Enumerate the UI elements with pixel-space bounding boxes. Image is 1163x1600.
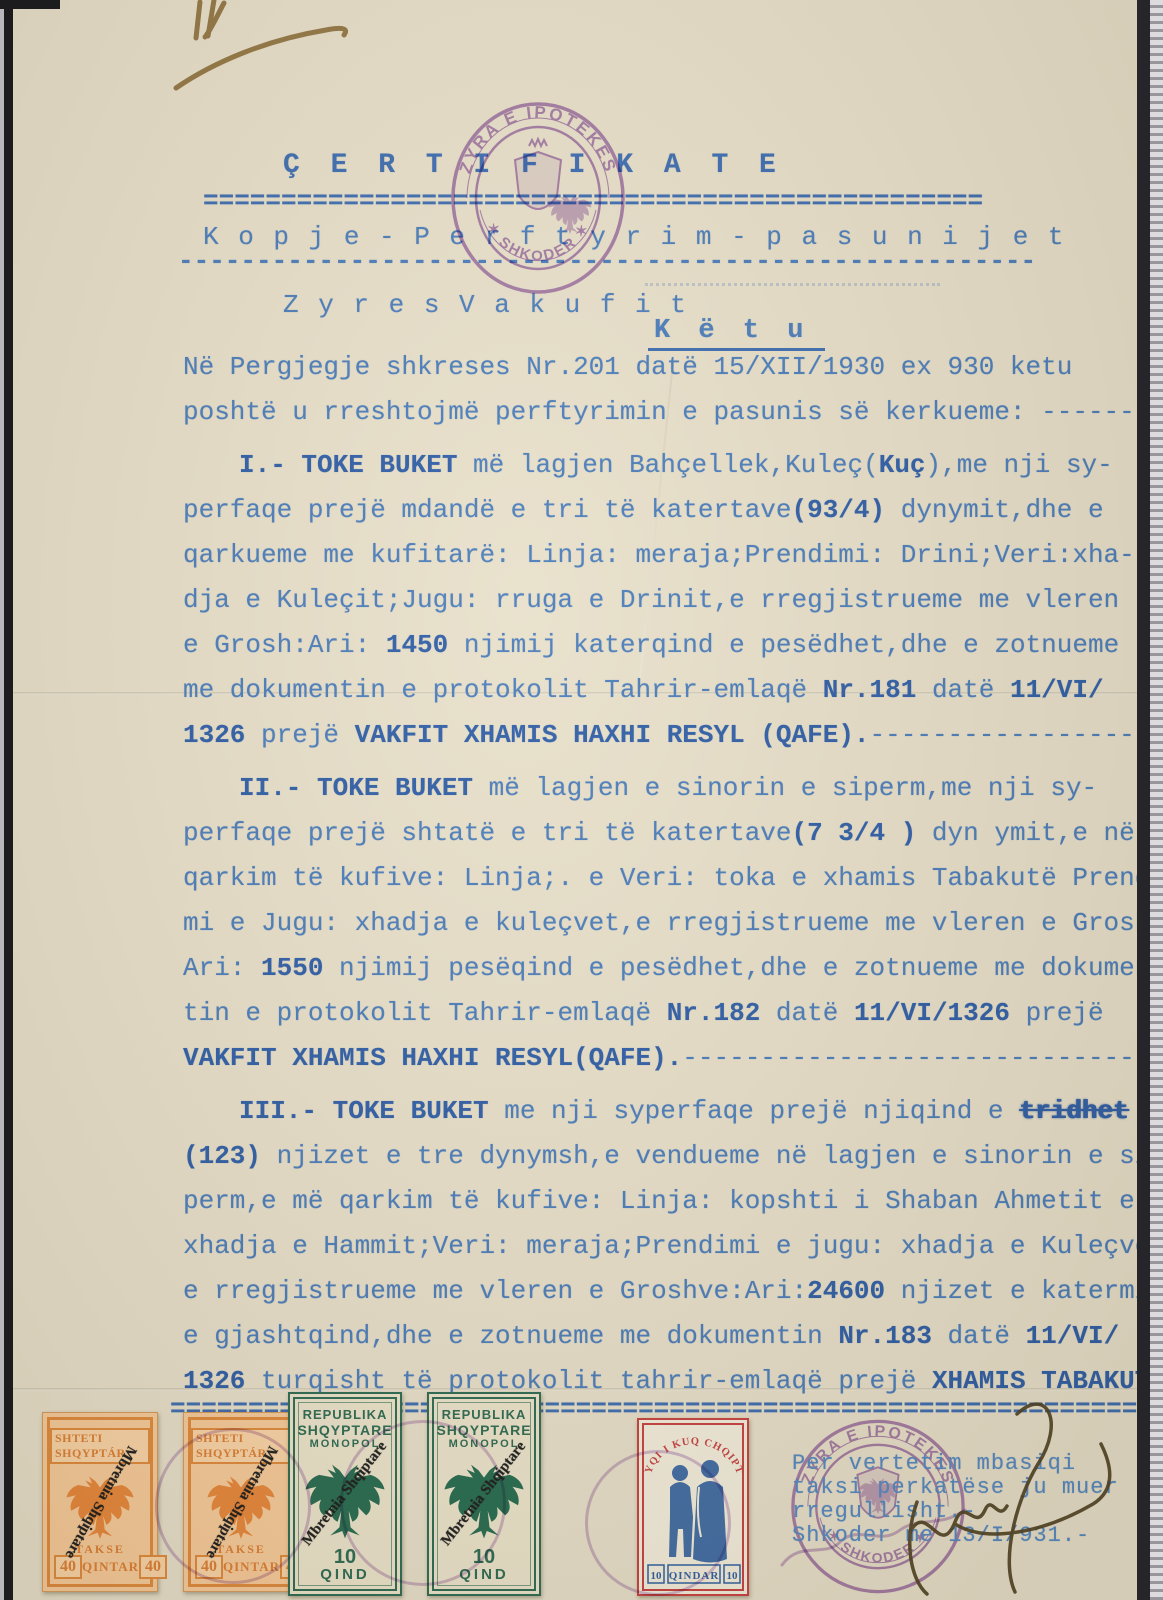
scan-right-binding-edge — [1150, 0, 1163, 1600]
handwritten-page-number — [148, 0, 358, 95]
faint-dotted-line — [645, 283, 940, 286]
body-line: perfaqe prejë mdandë e tri të katertave(… — [183, 488, 1141, 533]
cancellation-mark — [340, 1420, 506, 1586]
hypothec-office-oval-stamp: ZYRA E IPOTEKES ✶ SHKODER ✶ — [449, 100, 627, 296]
body-line: e gjashtqind,dhe e zotnueme me dokumenti… — [183, 1314, 1141, 1359]
scan-top-edge — [0, 0, 60, 9]
body-line-section-1: I.- TOKE BUKET më lagjen Bahçellek,Kuleç… — [183, 443, 1141, 488]
body-line: 1326 prejë VAKFIT XHAMIS HAXHI RESYL (QA… — [183, 713, 1141, 758]
body-line: xhadja e Hammit;Veri: meraja;Prendimi e … — [183, 1224, 1141, 1269]
body-line: poshtë u rreshtojmë perftyrimin e pasuni… — [183, 390, 1141, 435]
body-line: Në Pergjegje shkreses Nr.201 datë 15/XII… — [183, 345, 1141, 390]
body-line: tin e protokolit Tahrir-emlaqë Nr.182 da… — [183, 991, 1141, 1036]
stamp-unit: QINTAR — [82, 1559, 139, 1575]
body-line: (123) njizet e tre dynymsh,e vendueme në… — [183, 1134, 1141, 1179]
body-line: perfaqe prejë shtatë e tri të katertave(… — [183, 811, 1141, 856]
stamp-country-label: REPUBLIKA — [303, 1407, 388, 1422]
document-body: Në Pergjegje shkreses Nr.201 datë 15/XII… — [183, 345, 1141, 1404]
body-line: Ari: 1550 njimij pesëqind e pesëdhet,dhe… — [183, 946, 1141, 991]
stamp-country-label: REPUBLIKA — [442, 1407, 527, 1422]
stamp-country-label: SHTETI SHQYPTÁR — [50, 1428, 150, 1464]
body-line: qarkim të kufive: Linja;. e Veri: toka e… — [183, 856, 1141, 901]
body-line: e Grosh:Ari: 1450 njimij katerqind e pes… — [183, 623, 1141, 668]
svg-text:✶ SHKODER ✶: ✶ SHKODER ✶ — [482, 220, 593, 265]
scan-right-edge — [1137, 0, 1150, 1600]
body-line-section-3: III.- TOKE BUKET me nji syperfaqe prejë … — [183, 1089, 1141, 1134]
stamp-value: 40 — [139, 1555, 167, 1579]
scanned-certificate-document: ZYRA E IPOTEKES ✶ SHKODER ✶ Ç E R T I F … — [0, 0, 1163, 1600]
body-line: e rregjistrueme me vleren e Groshve:Ari:… — [183, 1269, 1141, 1314]
cancellation-mark — [155, 1428, 311, 1584]
body-line: me dokumentin e protokolit Tahrir-emlaqë… — [183, 668, 1141, 713]
body-line: perm,e më qarkim të kufive: Linja: kopsh… — [183, 1179, 1141, 1224]
stamp-arc-bottom-text: ✶ SHKODER ✶ — [482, 220, 593, 265]
stamp-value: 40 — [54, 1555, 82, 1579]
body-line-section-2: II.- TOKE BUKET më lagjen e sinorin e si… — [183, 766, 1141, 811]
handwritten-signature — [895, 1382, 1130, 1600]
revenue-stamp-40-qintar-1: SHTETI SHQYPTÁR TAKSE 40 QINTAR 40 Mbret… — [42, 1412, 158, 1592]
body-line: qarkueme me kufitarë: Linja: meraja;Pren… — [183, 533, 1141, 578]
body-line: dja e Kuleçit;Jugu: rruga e Drinit,e rre… — [183, 578, 1141, 623]
cancellation-mark — [585, 1450, 731, 1596]
body-line: mi e Jugu: xhadja e kuleçvet,e rregjistr… — [183, 901, 1141, 946]
scan-left-edge — [0, 0, 13, 1600]
body-line: VAKFIT XHAMIS HAXHI RESYL(QAFE).--------… — [183, 1036, 1141, 1081]
stamp-value-right: 10 — [727, 1570, 739, 1582]
